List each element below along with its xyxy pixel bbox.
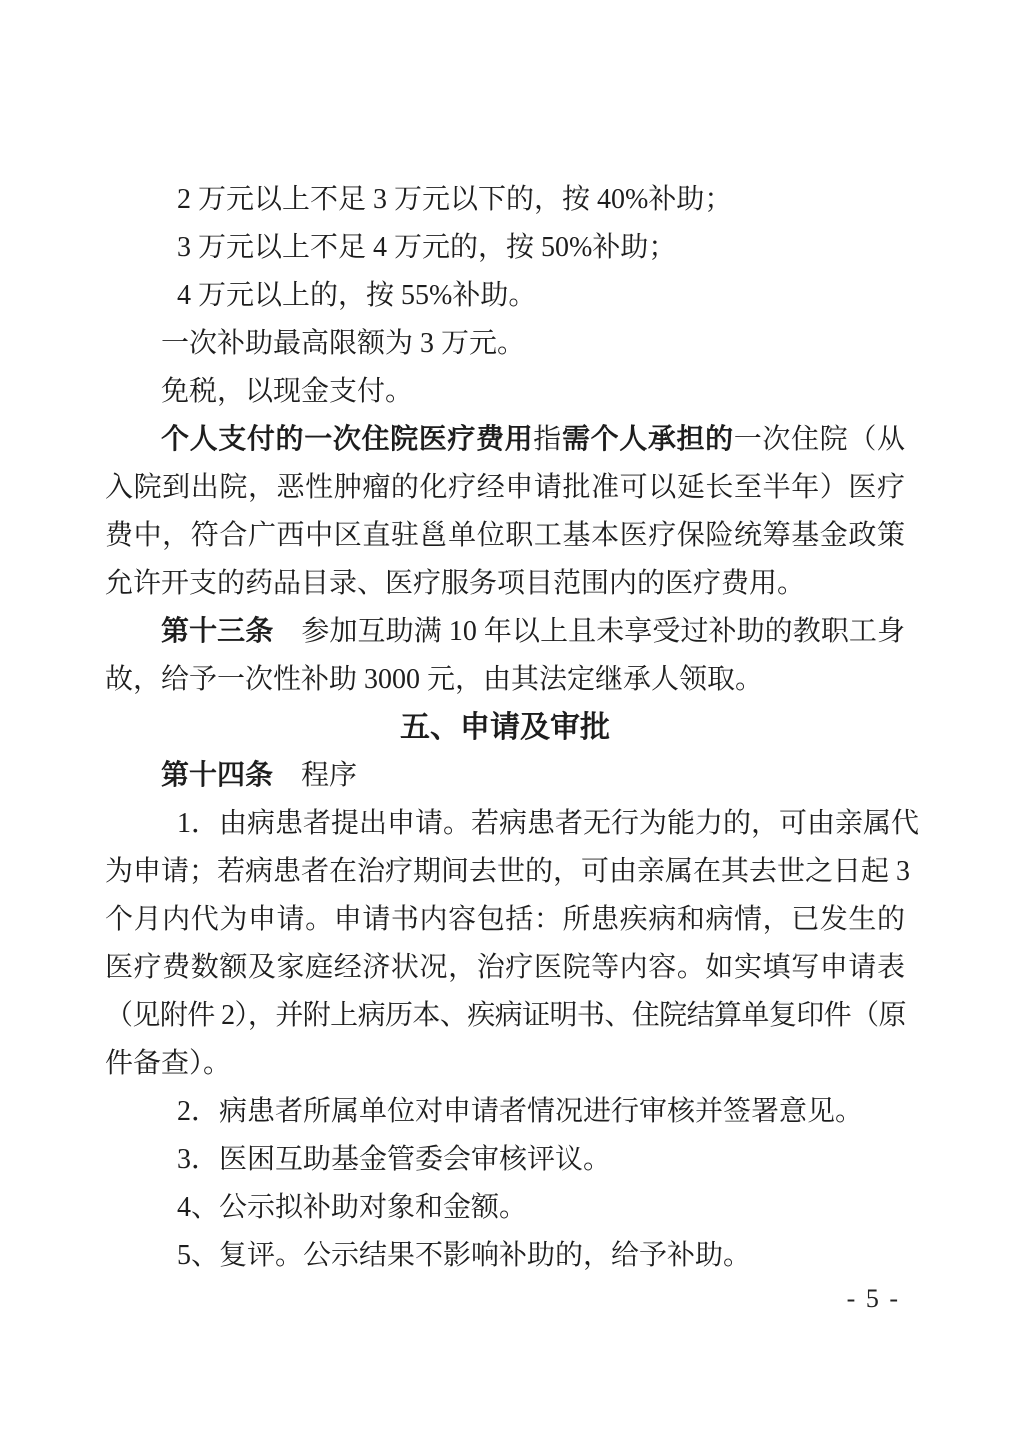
- text-segment: 一次补助最高限额为 3 万元。: [161, 328, 525, 359]
- section-heading: 五、申请及审批: [105, 704, 905, 752]
- text-segment: 为申请；若病患者在治疗期间去世的，可由亲属在其去世之日起 3: [105, 856, 910, 887]
- text-segment: 2．病患者所属单位对申请者情况进行审核并签署意见。: [177, 1096, 863, 1127]
- emphasized-text-segment: 需个人承担的: [562, 424, 734, 455]
- text-line: 4、公示拟补助对象和金额。: [105, 1184, 905, 1232]
- text-segment: 一次住院（从: [734, 424, 905, 455]
- text-line: 一次补助最高限额为 3 万元。: [105, 320, 905, 368]
- text-line: 医疗费数额及家庭经济状况，治疗医院等内容。如实填写申请表: [105, 944, 905, 992]
- document-page: 2 万元以上不足 3 万元以下的，按 40%补助；3 万元以上不足 4 万元的，…: [0, 0, 1024, 1448]
- text-line: 个人支付的一次住院医疗费用指需个人承担的一次住院（从: [105, 416, 905, 464]
- emphasized-text-segment: 五、申请及审批: [400, 711, 610, 744]
- text-line: 个月内代为申请。申请书内容包括：所患疾病和病情，已发生的: [105, 896, 905, 944]
- text-segment: 3．医困互助基金管委会审核评议。: [177, 1144, 611, 1175]
- text-line: 免税，以现金支付。: [105, 368, 905, 416]
- text-line: 2．病患者所属单位对申请者情况进行审核并签署意见。: [105, 1088, 905, 1136]
- text-segment: 3 万元以上不足 4 万元的，按 50%补助；: [177, 232, 676, 263]
- text-segment: 2 万元以上不足 3 万元以下的，按 40%补助；: [177, 184, 732, 215]
- page-number: - 5 -: [847, 1284, 900, 1314]
- text-line: 5、复评。公示结果不影响补助的，给予补助。: [105, 1232, 905, 1280]
- text-line: 3．医困互助基金管委会审核评议。: [105, 1136, 905, 1184]
- text-segment: 4、公示拟补助对象和金额。: [177, 1192, 527, 1223]
- text-segment: 允许开支的药品目录、医疗服务项目范围内的医疗费用。: [105, 568, 805, 599]
- text-segment: 入院到出院，恶性肿瘤的化疗经申请批准可以延长至半年）医疗: [105, 472, 905, 503]
- emphasized-text-segment: 个人支付的一次住院医疗费用: [161, 424, 533, 455]
- text-line: 4 万元以上的，按 55%补助。: [105, 272, 905, 320]
- text-segment: 个月内代为申请。申请书内容包括：所患疾病和病情，已发生的: [105, 904, 905, 935]
- text-segment: 件备查）。: [105, 1048, 231, 1079]
- text-segment: 费中，符合广西中区直驻邕单位职工基本医疗保险统筹基金政策: [105, 520, 905, 551]
- document-body: 2 万元以上不足 3 万元以下的，按 40%补助；3 万元以上不足 4 万元的，…: [105, 176, 905, 1280]
- text-segment: 免税，以现金支付。: [161, 376, 413, 407]
- emphasized-text-segment: 第十三条: [161, 616, 273, 647]
- text-segment: 1．由病患者提出申请。若病患者无行为能力的，可由亲属代: [177, 808, 919, 839]
- text-segment: 指: [533, 424, 562, 455]
- text-segment: （见附件 2），并附上病历本、疾病证明书、住院结算单复印件（原: [105, 1000, 905, 1031]
- text-segment: 4 万元以上的，按 55%补助。: [177, 280, 536, 311]
- text-line: 件备查）。: [105, 1040, 905, 1088]
- text-line: 3 万元以上不足 4 万元的，按 50%补助；: [105, 224, 905, 272]
- text-line: 第十三条 参加互助满 10 年以上且未享受过补助的教职工身: [105, 608, 905, 656]
- text-line: 入院到出院，恶性肿瘤的化疗经申请批准可以延长至半年）医疗: [105, 464, 905, 512]
- text-segment: 参加互助满 10 年以上且未享受过补助的教职工身: [273, 616, 905, 647]
- text-segment: 程序: [273, 760, 357, 791]
- text-segment: 医疗费数额及家庭经济状况，治疗医院等内容。如实填写申请表: [105, 952, 905, 983]
- text-line: 为申请；若病患者在治疗期间去世的，可由亲属在其去世之日起 3: [105, 848, 905, 896]
- text-line: （见附件 2），并附上病历本、疾病证明书、住院结算单复印件（原: [105, 992, 905, 1040]
- text-line: 1．由病患者提出申请。若病患者无行为能力的，可由亲属代: [105, 800, 905, 848]
- text-line: 允许开支的药品目录、医疗服务项目范围内的医疗费用。: [105, 560, 905, 608]
- text-line: 2 万元以上不足 3 万元以下的，按 40%补助；: [105, 176, 905, 224]
- text-line: 第十四条 程序: [105, 752, 905, 800]
- text-line: 费中，符合广西中区直驻邕单位职工基本医疗保险统筹基金政策: [105, 512, 905, 560]
- text-line: 故，给予一次性补助 3000 元，由其法定继承人领取。: [105, 656, 905, 704]
- text-segment: 5、复评。公示结果不影响补助的，给予补助。: [177, 1240, 751, 1271]
- text-segment: 故，给予一次性补助 3000 元，由其法定继承人领取。: [105, 664, 763, 695]
- emphasized-text-segment: 第十四条: [161, 760, 273, 791]
